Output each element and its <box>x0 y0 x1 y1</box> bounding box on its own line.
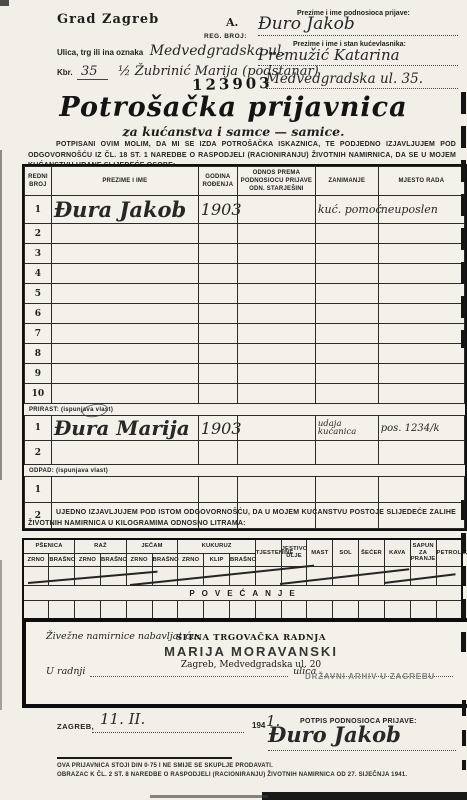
cell-workplace <box>378 477 464 503</box>
cell-name: Đura Marija <box>51 416 198 441</box>
supplies-table: PŠENICARAŽJEČAMKUKURUZTJESTENINEJESTIVO … <box>22 538 463 621</box>
table-row: 7 <box>25 324 465 344</box>
povecanje-label: POVEĆANJE <box>23 586 462 601</box>
supplies-col-header: JEČAM <box>126 539 178 554</box>
supplies-col-header: PŠENICA <box>23 539 75 554</box>
supplies-cell <box>281 567 307 586</box>
cell-relation <box>237 416 315 441</box>
odpad-section-label: ODPAD: (ispunjava vlast) <box>24 465 465 476</box>
cell-name <box>51 384 198 404</box>
cell-name <box>51 344 198 364</box>
cell-occupation <box>315 244 378 264</box>
cell-num: 7 <box>25 324 52 344</box>
household-members-table: REDNI BROJ PREZIME I IME GODINA ROĐENJA … <box>24 166 465 404</box>
supplies-subcol-header: BRAŠNO <box>49 554 75 567</box>
scan-edge-mark <box>0 150 2 480</box>
stamp-line-2: MARIJA MORAVANSKI <box>146 644 356 659</box>
cell-workplace <box>378 364 464 384</box>
scan-edge-dashes <box>462 700 466 770</box>
supplies-subcol-header: BRAŠNO <box>152 554 178 567</box>
supplies-cell <box>255 567 281 586</box>
cell-occupation <box>315 384 378 404</box>
scan-edge-dashes <box>461 500 466 660</box>
scan-bottom-band <box>262 792 467 800</box>
col-header-zanimanje: ZANIMANJE <box>315 167 378 196</box>
cell-occupation <box>315 324 378 344</box>
cell-year <box>198 344 237 364</box>
signature-handwritten: Đuro Jakob <box>268 722 401 747</box>
cell-workplace: pos. 1234/k <box>378 416 464 441</box>
table-row: 10 <box>25 384 465 404</box>
table-row: 2 <box>25 224 465 244</box>
cell-year <box>198 244 237 264</box>
supplies-row <box>23 567 462 586</box>
scan-corner-mark <box>0 0 9 6</box>
cell-name <box>51 264 198 284</box>
cell-relation <box>237 244 315 264</box>
table-row: 3 <box>25 244 465 264</box>
cell-occupation <box>315 264 378 284</box>
cell-year <box>198 304 237 324</box>
cell-year <box>198 264 237 284</box>
cell-occupation <box>315 344 378 364</box>
col-header-prezime-ime: PREZIME I IME <box>51 167 198 196</box>
supplies-col-header: PETROLEJ <box>436 539 462 567</box>
table-row: 8 <box>25 344 465 364</box>
cell-relation <box>237 304 315 324</box>
supplies-col-header: KAVA <box>384 539 410 567</box>
cell-num: 10 <box>25 384 52 404</box>
cell-num: 1 <box>25 477 52 503</box>
archive-stamp: DRŽAVNI ARHIV U ZAGREBU <box>305 672 435 681</box>
cell-relation <box>237 196 315 224</box>
cell-name <box>51 244 198 264</box>
supplies-col-header: TJESTENINE <box>255 539 281 567</box>
supplies-subcol-header: BRAŠNO <box>100 554 126 567</box>
street-label: Ulica, trg ili ina oznaka <box>57 48 143 57</box>
cell-year <box>198 284 237 304</box>
cell-year <box>198 364 237 384</box>
supplies-cell <box>178 567 204 586</box>
supplies-col-header: SAPUN ZA PRANJE <box>410 539 436 567</box>
supplies-subcol-header: KLIP <box>204 554 230 567</box>
table-row: 1Đura Jakob1903kuć. pomoćneuposlen <box>25 196 465 224</box>
supplies-block: PŠENICARAŽJEČAMKUKURUZTJESTENINEJESTIVO … <box>22 538 463 621</box>
scan-edge-dashes <box>461 92 466 348</box>
date-handwritten: 11. II. <box>100 710 145 728</box>
kbr-label: Kbr. <box>57 68 73 77</box>
cell-relation <box>237 224 315 244</box>
cell-occupation <box>315 284 378 304</box>
supplies-cell <box>436 567 462 586</box>
cell-occupation: udaja kućanica <box>315 416 378 441</box>
applicant-handwritten: Đuro Jakob <box>258 14 458 36</box>
supplies-subcol-header: ZRNO <box>23 554 49 567</box>
table-row: 1Đura Marija1903udaja kućanicapos. 1234/… <box>25 416 465 441</box>
cell-year: 1903 <box>198 416 237 441</box>
cell-num: 8 <box>25 344 52 364</box>
supplies-col-header: RAŽ <box>75 539 127 554</box>
cell-num: 2 <box>25 441 52 465</box>
landlord-address-handwritten: Medvedgradska ul. 35. <box>266 71 458 89</box>
cell-relation <box>237 264 315 284</box>
supplies-col-header: JESTIVO ULJE <box>281 539 307 567</box>
table-row: 5 <box>25 284 465 304</box>
cell-num: 1 <box>25 416 52 441</box>
cell-workplace <box>378 264 464 284</box>
supplies-col-header: ŠEĆER <box>359 539 385 567</box>
odpad-label-text: ODPAD: (ispunjava vlast) <box>29 468 108 474</box>
cell-occupation <box>315 304 378 324</box>
form-title: Potrošačka prijavnica <box>0 92 467 123</box>
cell-occupation: kuć. pomoć <box>315 196 378 224</box>
year-prefix: 194 <box>252 721 265 730</box>
scan-edge-mark <box>0 560 2 710</box>
table-row: 6 <box>25 304 465 324</box>
supplies-cell <box>307 567 333 586</box>
table-row: 9 <box>25 364 465 384</box>
document-page: Grad Zagreb A. REG. BROJ: 123903 Ulica, … <box>0 0 467 800</box>
cell-workplace <box>378 304 464 324</box>
shop-rubber-stamp: SITNA TRGOVAČKA RADNJA MARIJA MORAVANSKI… <box>146 633 356 670</box>
place-label: ZAGREB, <box>57 722 94 731</box>
cell-name: Đura Jakob <box>51 196 198 224</box>
footer-rule <box>57 757 232 759</box>
kbr-handwritten: 35 <box>77 64 108 80</box>
reg-broj-label: REG. BROJ: <box>204 33 247 40</box>
cell-name <box>51 224 198 244</box>
prirast-table: 1Đura Marija1903udaja kućanicapos. 1234/… <box>24 415 465 465</box>
col-header-mjesto-rada: MJESTO RADA <box>378 167 464 196</box>
scan-bottom-line <box>150 795 268 798</box>
cell-workplace: neuposlen <box>378 196 464 224</box>
table-row: 1 <box>25 477 465 503</box>
supplies-cell <box>23 567 49 586</box>
cell-name <box>51 441 198 465</box>
cell-relation <box>237 284 315 304</box>
cell-num: 6 <box>25 304 52 324</box>
cell-num: 3 <box>25 244 52 264</box>
cell-relation <box>237 441 315 465</box>
supplies-col-header: MAST <box>307 539 333 567</box>
cell-occupation <box>315 364 378 384</box>
supplies-cell <box>410 567 436 586</box>
cell-year <box>198 441 237 465</box>
table-row: 4 <box>25 264 465 284</box>
cell-workplace <box>378 324 464 344</box>
stamp-line-3: Zagreb, Medvedgradska ul. 20 <box>146 660 356 670</box>
supplies-cell <box>100 567 126 586</box>
cell-workplace <box>378 224 464 244</box>
street-line: Ulica, trg ili ina oznaka Medvedgradska … <box>57 42 286 60</box>
cell-name <box>51 364 198 384</box>
cell-relation <box>237 344 315 364</box>
persons-block: REDNI BROJ PREZIME I IME GODINA ROĐENJA … <box>22 164 467 531</box>
price-note: OVA PRIJAVNICA STOJI DIN 0·75 I NE SMIJE… <box>57 763 273 769</box>
cell-occupation <box>315 477 378 503</box>
cell-workplace <box>378 441 464 465</box>
cell-name <box>51 477 198 503</box>
cell-year: 1903 <box>198 196 237 224</box>
supplies-col-header: KUKURUZ <box>178 539 255 554</box>
cell-relation <box>237 364 315 384</box>
cell-relation <box>237 477 315 503</box>
supplies-cell <box>126 567 152 586</box>
supplies-cell <box>384 567 410 586</box>
supplies-cell <box>359 567 385 586</box>
table-header-row: REDNI BROJ PREZIME I IME GODINA ROĐENJA … <box>25 167 465 196</box>
cell-num: 2 <box>25 224 52 244</box>
cell-num: 4 <box>25 264 52 284</box>
footer-section: ZAGREB, 11. II. 194 1. POTPIS PODNOSIOCA… <box>0 710 467 770</box>
cell-workplace <box>378 384 464 404</box>
purchase-declaration-box: Živežne namirnice nabavljat ću: U radnji… <box>22 618 467 708</box>
form-reference-note: OBRAZAC K ČL. 2 ST. 8 NAREDBE O RASPODJE… <box>57 772 407 778</box>
supplies-subcol-header: BRAŠNO <box>230 554 256 567</box>
col-header-odnos: ODNOS PREMA PODNOSIOCU PRIJAVE ODN. STAR… <box>237 167 315 196</box>
table-row: 2 <box>25 441 465 465</box>
col-header-godina: GODINA ROĐENJA <box>198 167 237 196</box>
landlord-handwritten: Premužić Katarina <box>258 46 458 66</box>
supplies-cell <box>75 567 101 586</box>
signature-dotted-line <box>268 750 456 751</box>
supplies-subcol-header: ZRNO <box>126 554 152 567</box>
form-subtitle: za kućanstva i samce — samice. <box>0 124 467 139</box>
cell-year <box>198 224 237 244</box>
cell-workplace <box>378 244 464 264</box>
date-dotted-line <box>92 732 244 733</box>
supplies-cell <box>333 567 359 586</box>
cell-num: 5 <box>25 284 52 304</box>
city-title: Grad Zagreb <box>57 12 159 27</box>
supplies-col-header: SOL <box>333 539 359 567</box>
cell-relation <box>237 324 315 344</box>
cell-name <box>51 324 198 344</box>
povecanje-row: POVEĆANJE <box>23 586 462 601</box>
cell-year <box>198 384 237 404</box>
cell-workplace <box>378 344 464 364</box>
section-letter: A. <box>226 16 238 29</box>
supplies-paragraph: UJEDNO IZJAVLJUJEM POD ISTOM ODGOVORNOŠĆ… <box>28 508 456 529</box>
supplies-subcol-header: ZRNO <box>178 554 204 567</box>
cell-workplace <box>378 284 464 304</box>
col-header-redni-broj: REDNI BROJ <box>25 167 52 196</box>
supplies-subcol-header: ZRNO <box>75 554 101 567</box>
cell-occupation <box>315 441 378 465</box>
prirast-section-label: PRIRAST: (ispunjava vlast) <box>24 404 465 415</box>
cell-year <box>198 477 237 503</box>
stamp-line-1: SITNA TRGOVAČKA RADNJA <box>146 633 356 643</box>
cell-relation <box>237 384 315 404</box>
supplies-group-header-row: PŠENICARAŽJEČAMKUKURUZTJESTENINEJESTIVO … <box>23 539 462 554</box>
cell-num: 1 <box>25 196 52 224</box>
u-radnji-label: U radnji <box>46 666 85 677</box>
cell-name <box>51 284 198 304</box>
cell-occupation <box>315 224 378 244</box>
supplies-cell <box>49 567 75 586</box>
cell-num: 9 <box>25 364 52 384</box>
cell-name <box>51 304 198 324</box>
cell-year <box>198 324 237 344</box>
supplies-cell <box>204 567 230 586</box>
supplies-cell <box>230 567 256 586</box>
supplies-cell <box>152 567 178 586</box>
